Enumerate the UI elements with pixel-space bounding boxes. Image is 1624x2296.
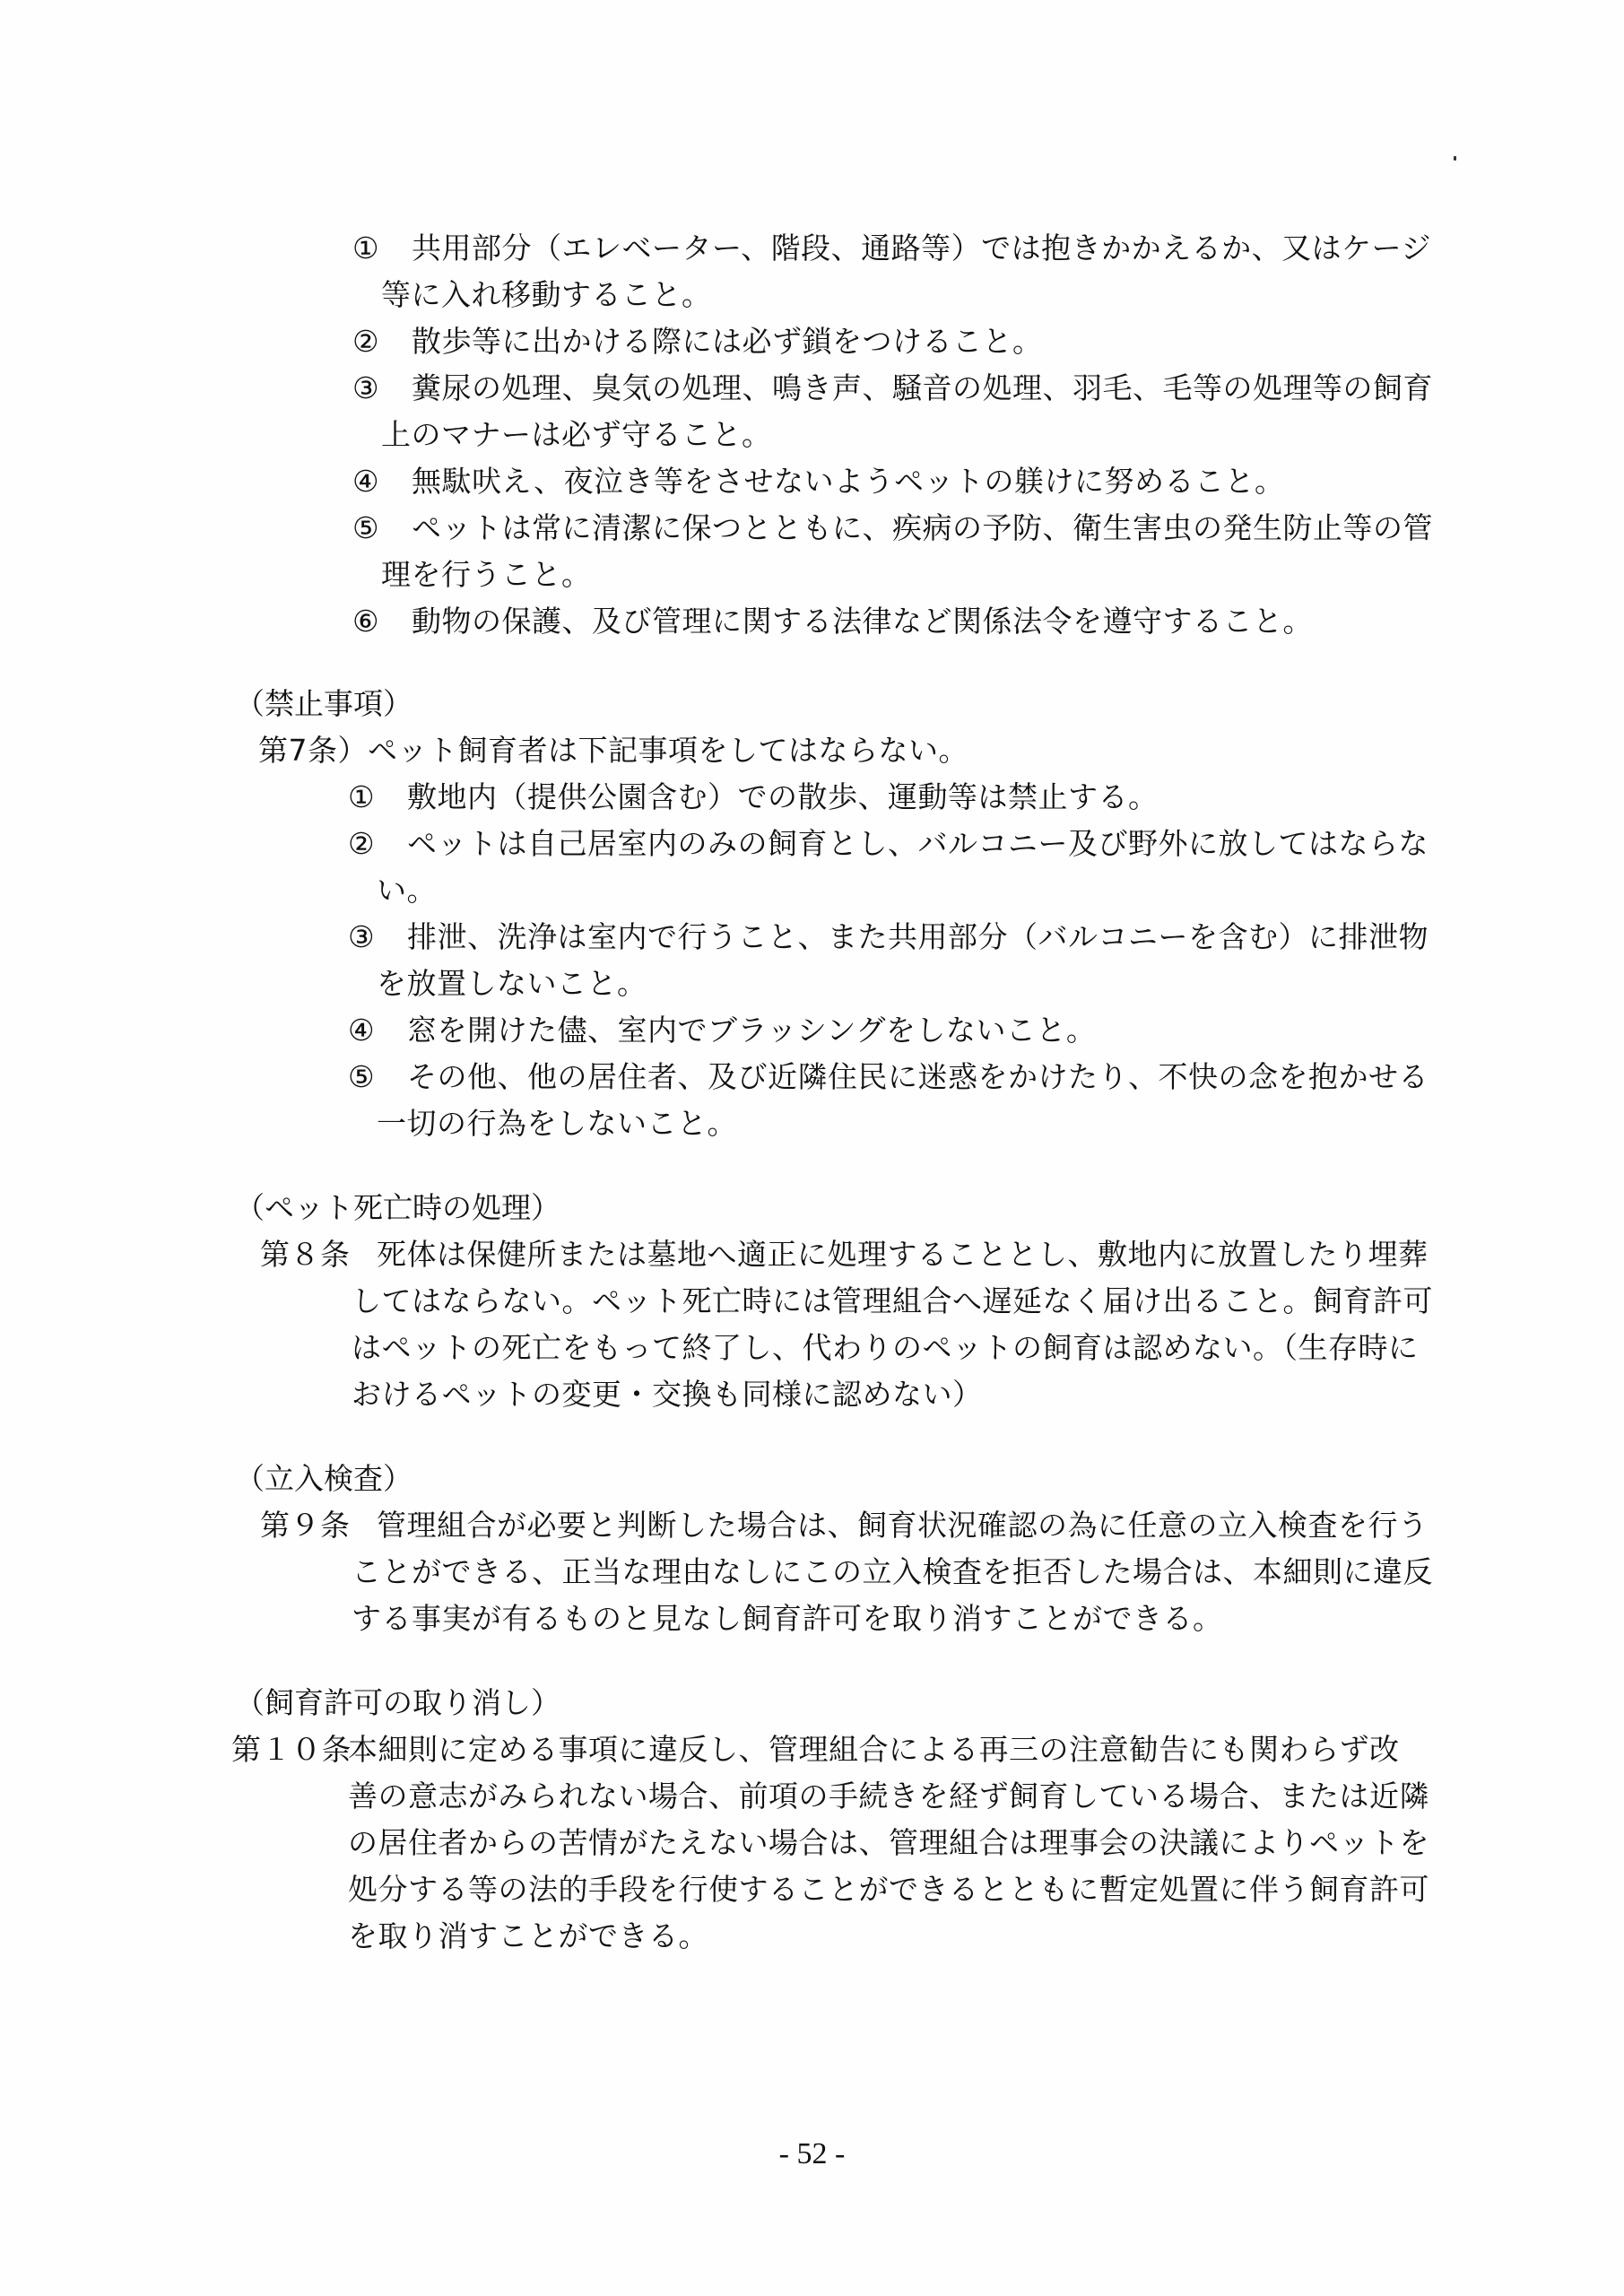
article-label: 第7条） [258,733,368,769]
list-item: ⑤ペットは常に清潔に保つとともに、疾病の予防、衛生害虫の発生防止等の管 [352,510,1433,546]
article-body-line: してはならない。ペット死亡時には管理組合へ遅延なく届け出ること。飼育許可 [352,1283,1433,1319]
list-item-continuation: 理を行うこと。 [381,557,592,593]
list-item: ④窓を開けた儘、室内でブラッシングをしないこと。 [348,1013,1096,1048]
scan-speck [1454,156,1456,161]
list-item-continuation: 上のマナーは必ず守ること。 [381,417,772,453]
item-number: ④ [352,464,412,500]
article-intro: 第7条）ペット飼育者は下記事項をしてはならない。 [258,733,968,769]
list-item: ⑤その他、他の居住者、及び近隣住民に迷惑をかけたり、不快の念を抱かせる [348,1059,1429,1095]
item-number: ① [352,230,412,266]
list-item: ⑥動物の保護、及び管理に関する法律など関係法令を遵守すること。 [352,604,1313,639]
article-body: 第８条死体は保健所または墓地へ適正に処理することとし、敷地内に放置したり埋葬 [260,1237,1429,1273]
article-body-line: はペットの死亡をもって終了し、代わりのペットの飼育は認めない。（生存時に [352,1330,1419,1366]
section-heading: （立入検査） [235,1461,413,1497]
article-body: 第９条管理組合が必要と判断した場合は、飼育状況確認の為に任意の立入検査を行う [260,1508,1429,1544]
item-number: ④ [348,1013,407,1048]
list-item-continuation: い。 [377,873,437,909]
item-number: ⑤ [348,1059,407,1095]
list-item: ④無駄吠え、夜泣き等をさせないようペットの躾けに努めること。 [352,464,1284,500]
section-heading: （禁止事項） [235,686,413,722]
section-heading: （飼育許可の取り消し） [235,1685,560,1721]
item-number: ② [348,826,407,862]
article-body-line: の居住者からの苦情がたえない場合は、管理組合は理事会の決議によりペットを [348,1825,1429,1861]
article-body-line: ことができる、正当な理由なしにこの立入検査を拒否した場合は、本細則に違反 [352,1554,1433,1590]
list-item: ②散歩等に出かける際には必ず鎖をつけること。 [352,324,1043,360]
list-item-continuation: 一切の行為をしないこと。 [377,1106,737,1142]
article-body-line: おけるペットの変更・交換も同様に認めない） [352,1377,983,1413]
article-body: 第１０条本細則に定める事項に違反し、管理組合による再三の注意勧告にも関わらず改 [231,1732,1400,1768]
list-item: ①敷地内（提供公園含む）での散歩、運動等は禁止する。 [348,779,1159,815]
article-body-line: 善の意志がみられない場合、前項の手続きを経ず飼育している場合、または近隣 [348,1779,1429,1814]
item-number: ③ [348,919,407,955]
item-number: ⑥ [352,604,412,639]
article-label: 第９条 [260,1508,377,1544]
list-item: ③排泄、洗浄は室内で行うこと、また共用部分（バルコニーを含む）に排泄物 [348,919,1429,955]
document-page: ①共用部分（エレベーター、階段、通路等）では抱きかかえるか、又はケージ 等に入れ… [0,0,1624,2296]
list-item: ②ペットは自己居室内のみの飼育とし、バルコニー及び野外に放してはならな [348,826,1429,862]
item-number: ① [348,779,407,815]
list-item-continuation: を放置しないこと。 [377,966,647,1002]
list-item: ③糞尿の処理、臭気の処理、鳴き声、騒音の処理、羽毛、毛等の処理等の飼育 [352,370,1433,406]
item-number: ③ [352,370,412,406]
article-body-line: する事実が有るものと見なし飼育許可を取り消すことができる。 [352,1601,1223,1637]
article-label: 第８条 [260,1237,377,1273]
page-number: - 52 - [0,2137,1624,2171]
article-body-line: 処分する等の法的手段を行使することができるとともに暫定処置に伴う飼育許可 [348,1872,1429,1908]
item-number: ② [352,324,412,360]
item-number: ⑤ [352,510,412,546]
list-item: ①共用部分（エレベーター、階段、通路等）では抱きかかえるか、又はケージ [352,230,1431,266]
list-item-continuation: 等に入れ移動すること。 [381,277,712,313]
article-label: 第１０条 [231,1732,348,1768]
article-body-line: を取り消すことができる。 [348,1918,708,1954]
section-heading: （ペット死亡時の処理） [235,1190,560,1226]
